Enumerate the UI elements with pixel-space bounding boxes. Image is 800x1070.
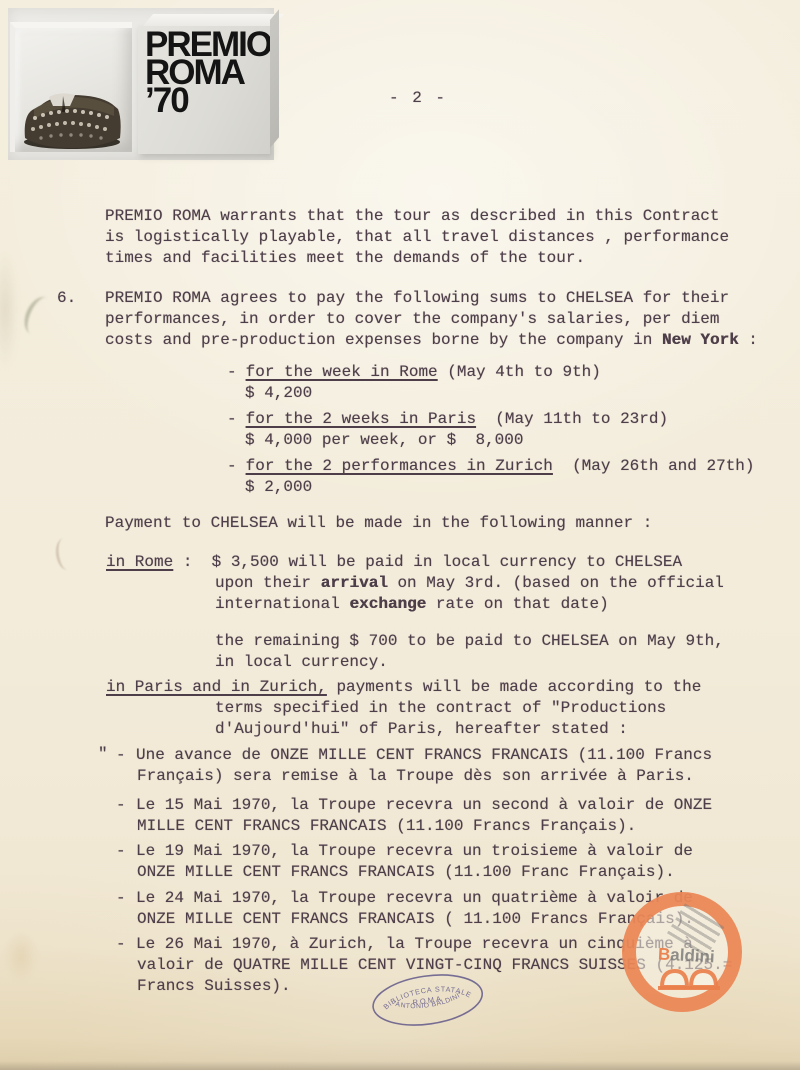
paragraph-warrants: PREMIO ROMA warrants that the tour as de… — [105, 206, 729, 269]
paper-smudge — [54, 537, 77, 571]
rome-line2: upon their arrival on May 3rd. (based on… — [215, 573, 724, 594]
french-item4-line1: Le 24 Mai 1970, la Troupe recevra un qua… — [136, 888, 693, 909]
watermark-aldini-letters: aldini — [670, 945, 715, 966]
french-item2-line1: Le 15 Mai 1970, la Troupe recevra un sec… — [136, 795, 712, 816]
clause6-line1: PREMIO ROMA agrees to pay the following … — [105, 288, 729, 309]
french-item5-line3: Francs Suisses). — [137, 976, 291, 997]
french-item3-dash: - — [116, 841, 126, 862]
rome-line3-post: rate on that date) — [426, 595, 608, 613]
colosseum-model-icon — [19, 84, 125, 150]
premio-roma-logo-photo: PREMIO ROMA ’70 — [8, 8, 274, 160]
premio-roma-title-cube: PREMIO ROMA ’70 — [138, 26, 270, 154]
scan-edge-shadow — [0, 1061, 800, 1070]
french-item2-dash: - — [116, 795, 126, 816]
fee-paris-dates: (May 11th to 23rd) — [476, 410, 668, 428]
dash-bullet: - — [227, 363, 237, 381]
fee-zurich-line1: -for the 2 performances in Zurich (May 2… — [227, 456, 755, 477]
french-item3-line2: ONZE MILLE CENT FRANCS FRANCAIS (11.100 … — [137, 862, 675, 883]
french-item4-dash: - — [116, 888, 126, 909]
french-item5-line1: Le 26 Mai 1970, à Zurich, la Troupe rece… — [136, 934, 693, 955]
rome-line3-pre: international — [215, 595, 349, 613]
rome-line1: in Rome : $ 3,500 will be paid in local … — [106, 552, 682, 573]
fee-rome-dates: (May 4th to 9th) — [438, 363, 601, 381]
clause6-line3: costs and pre-production expenses borne … — [105, 330, 758, 351]
clause6-line3-text: costs and pre-production expenses borne … — [105, 331, 662, 349]
fee-rome-line1: -for the week in Rome (May 4th to 9th) — [227, 362, 601, 383]
fee-zurich-dates: (May 26th and 27th) — [553, 457, 755, 475]
fee-rome-title: for the week in Rome — [246, 363, 438, 381]
open-book-icon — [658, 966, 720, 992]
scanned-contract-page: PREMIO ROMA ’70 - 2 - PREMIO ROMA warran… — [0, 0, 800, 1070]
rome-line2-pre: upon their — [215, 574, 321, 592]
rome-label: in Rome — [106, 553, 173, 571]
payment-manner-line: Payment to CHELSEA will be made in the f… — [105, 513, 652, 534]
paper-stain — [4, 930, 38, 982]
premio-roma-wordmark: PREMIO ROMA ’70 — [145, 31, 271, 115]
rome-line3-bold: exchange — [349, 595, 426, 613]
paris-line3: d'Aujourd'hui" of Paris, hereafter state… — [215, 719, 628, 740]
rome-line2-post: on May 3rd. (based on the official — [388, 574, 724, 592]
french-item3-line1: Le 19 Mai 1970, la Troupe recevra un tro… — [136, 841, 693, 862]
french-item5-dash: - — [116, 934, 126, 955]
rome-line2-bold: arrival — [321, 574, 388, 592]
french-item1-line2: Français) sera remise à la Troupe dès so… — [137, 766, 694, 787]
watermark-baldini-text: Baldini — [658, 945, 716, 968]
french-item4-line2: ONZE MILLE CENT FRANCS FRANCAIS ( 11.100… — [137, 909, 694, 930]
rome-line5: in local currency. — [215, 652, 388, 673]
rome-line4: the remaining $ 700 to be paid to CHELSE… — [215, 631, 724, 652]
fee-zurich-amount: $ 2,000 — [245, 477, 312, 498]
rome-line1-text: $ 3,500 will be paid in local currency t… — [212, 553, 682, 571]
paris-line1: in Paris and in Zurich, payments will be… — [106, 677, 701, 698]
clause6-line3-colon: : — [739, 331, 758, 349]
french-item1-line1: Une avance de ONZE MILLE CENT FRANCS FRA… — [136, 745, 712, 766]
clause6-line2: performances, in order to cover the comp… — [105, 309, 720, 330]
fee-paris-title: for the 2 weeks in Paris — [246, 410, 476, 428]
rome-separator: : — [173, 553, 211, 571]
fee-zurich-title: for the 2 performances in Zurich — [246, 457, 553, 475]
paris-line2: terms specified in the contract of "Prod… — [215, 698, 666, 719]
dash-bullet: - — [227, 457, 237, 475]
paper-smudge — [19, 292, 59, 339]
french-open-quote: " — [98, 744, 108, 765]
colosseum-display-cube — [10, 22, 132, 152]
baldini-watermark-logo: Baldini — [622, 892, 742, 1012]
clause6-line3-bold: New York — [662, 331, 739, 349]
paper-stain — [0, 250, 18, 370]
paris-zurich-label: in Paris and in Zurich, — [106, 678, 327, 696]
french-item2-line2: MILLE CENT FRANCS FRANCAIS (11.100 Franc… — [137, 816, 636, 837]
paris-line1-text: payments will be made according to the — [327, 678, 701, 696]
fee-paris-line1: -for the 2 weeks in Paris (May 11th to 2… — [227, 409, 668, 430]
clause6-number: 6. — [57, 288, 76, 309]
rome-line3: international exchange rate on that date… — [215, 594, 609, 615]
dash-bullet: - — [227, 410, 237, 428]
fee-rome-amount: $ 4,200 — [245, 383, 312, 404]
fee-paris-amount: $ 4,000 per week, or $ 8,000 — [245, 430, 523, 451]
page-number: - 2 - — [389, 88, 447, 109]
french-item1-dash: - — [116, 745, 126, 766]
